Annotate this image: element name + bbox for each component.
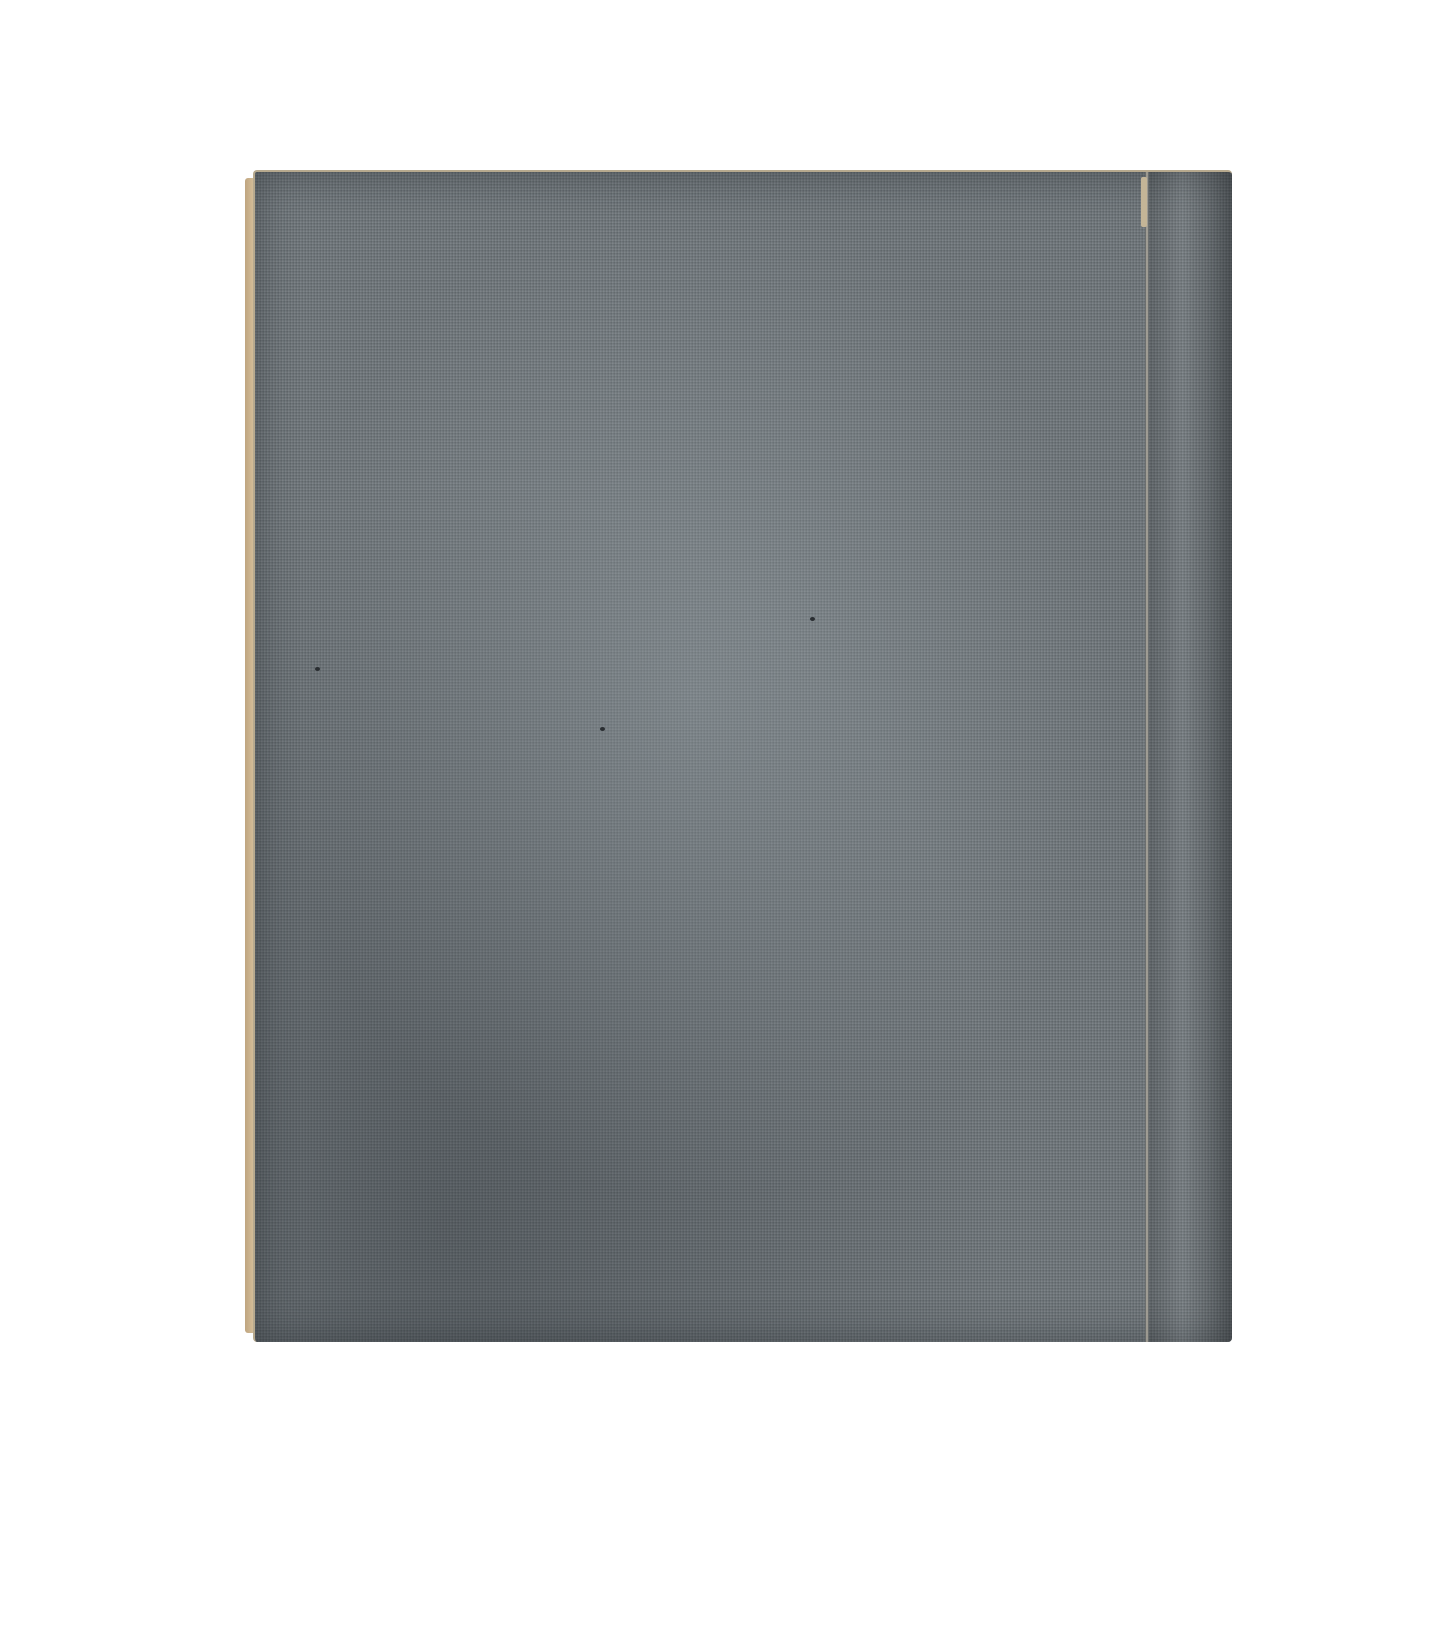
stain-speck bbox=[600, 727, 605, 731]
book-back-cover bbox=[253, 170, 1232, 1342]
stain-speck bbox=[315, 667, 320, 671]
cloth-tear bbox=[1141, 177, 1147, 227]
book-spine bbox=[1149, 172, 1232, 1342]
book bbox=[245, 170, 1230, 1340]
stain-speck bbox=[810, 617, 815, 621]
